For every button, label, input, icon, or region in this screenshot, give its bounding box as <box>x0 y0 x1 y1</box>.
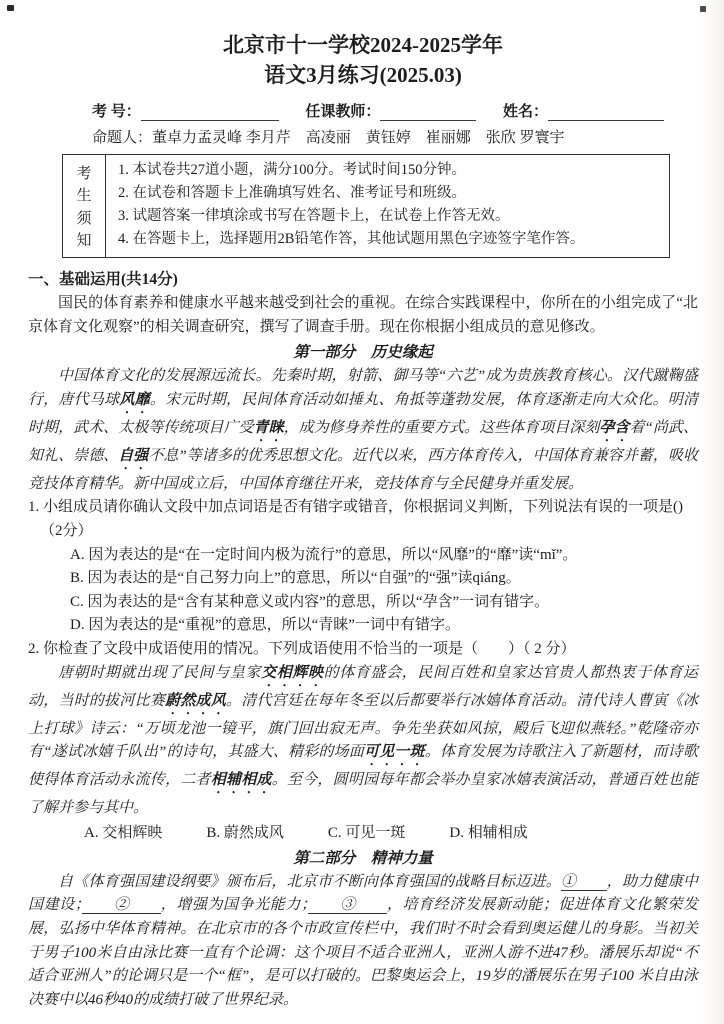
notice-item: 4. 在答题卡上，选择题用2B铅笔作答，其他试题用黑色字迹签字笔作答。 <box>118 228 659 251</box>
notice-items: 1. 本试卷共27道小题，满分100分。考试时间150分钟。 2. 在试卷和答题… <box>106 155 669 257</box>
exam-number-field: 考 号： <box>92 100 279 121</box>
student-info-row: 考 号： 任课教师： 姓名： <box>28 100 698 121</box>
part1-passage: 中国体育文化的发展源远流长。先秦时期，射箭、御马等“六艺”成为贵族教育核心。汉代… <box>28 365 698 496</box>
question2-options: A. 交相辉映 B. 蔚然成风 C. 可见一斑 D. 相辅相成 <box>28 821 698 845</box>
notice-item: 2. 在试卷和答题卡上准确填写姓名、准考证号和班级。 <box>118 182 659 205</box>
question2-option-b: B. 蔚然成风 <box>206 821 284 845</box>
notice-side-char: 生 <box>76 184 91 205</box>
question1-option-a: A. 因为表达的是“在一定时间内极为流行”的意思，所以“风靡”的“靡”读“mǐ”… <box>70 544 698 568</box>
question1-option-b: B. 因为表达的是“自己努力向上”的意思，所以“自强”的“强”读qiáng。 <box>70 567 698 591</box>
teacher-label: 任课教师： <box>305 104 380 120</box>
exam-number-label: 考 号： <box>92 104 141 120</box>
question2-option-a: A. 交相辉映 <box>84 821 162 845</box>
question1-option-d: D. 因为表达的是“重视”的意思，所以“青睐”一词中有错字。 <box>70 614 698 638</box>
candidate-notice-box: 考 生 须 知 1. 本试卷共27道小题，满分100分。考试时间150分钟。 2… <box>62 154 670 258</box>
exam-paper-page: 北京市十一学校2024-2025学年 语文3月练习(2025.03) 考 号： … <box>0 0 724 1024</box>
question1-options: A. 因为表达的是“在一定时间内极为流行”的意思，所以“风靡”的“靡”读“mǐ”… <box>28 544 698 638</box>
teacher-field: 任课教师： <box>305 100 476 121</box>
notice-side-label: 考 生 须 知 <box>63 155 106 257</box>
paper-title-line2: 语文3月练习(2025.03) <box>28 60 698 90</box>
question2-option-d: D. 相辅相成 <box>449 821 527 845</box>
name-label: 姓名： <box>503 104 548 120</box>
section1-intro: 国民的体育素养和健康水平越来越受到社会的重视。在综合实践课程中，你所在的小组完成… <box>28 292 698 339</box>
notice-side-char: 知 <box>76 229 91 250</box>
notice-side-char: 考 <box>76 162 91 183</box>
question1-option-c: C. 因为表达的是“含有某种意义或内容”的意思，所以“孕含”一词有错字。 <box>70 591 698 615</box>
question2-option-c: C. 可见一斑 <box>328 821 406 845</box>
question2-passage: 唐朝时期就出现了民间与皇家交相辉映的体育盛会，民间百姓和皇家达官贵人都热衷于体育… <box>28 662 698 821</box>
question2-stem: 2. 你检查了文段中成语使用的情况。下列成语使用不恰当的一项是（ ）（ 2 分） <box>28 638 698 662</box>
scan-artifact <box>7 5 14 11</box>
notice-item: 3. 试题答案一律填涂或书写在答题卡上，在试卷上作答无效。 <box>118 205 659 228</box>
notice-side-char: 须 <box>76 207 91 228</box>
setters-label: 命题人： <box>92 130 152 146</box>
question1-score: （2分） <box>28 520 698 544</box>
part2-passage: 自《体育强国建设纲要》颁布后，北京市不断向体育强国的战略目标迈进。① ，助力健康… <box>28 871 698 1013</box>
part1-heading: 第一部分 历史缘起 <box>28 340 698 365</box>
notice-item: 1. 本试卷共27道小题，满分100分。考试时间150分钟。 <box>118 159 659 182</box>
part2-heading: 第二部分 精神力量 <box>28 846 698 871</box>
setters-names: 董卓力孟灵峰 李月芹 高凌丽 黄钰婷 崔丽娜 张欣 罗寰宇 <box>152 130 565 146</box>
name-blank <box>548 105 664 121</box>
section1-heading: 一、基础运用(共14分) <box>28 267 698 292</box>
paper-title-line1: 北京市十一学校2024-2025学年 <box>28 30 698 60</box>
question1-stem: 1. 小组成员请你确认文段中加点词语是否有错字或错音，你根据词义判断，下列说法有… <box>28 496 698 520</box>
scan-artifact <box>700 6 706 12</box>
teacher-blank <box>380 105 476 121</box>
setters-line: 命题人：董卓力孟灵峰 李月芹 高凌丽 黄钰婷 崔丽娜 张欣 罗寰宇 <box>28 126 698 147</box>
name-field: 姓名： <box>503 100 664 121</box>
exam-number-blank <box>141 105 279 121</box>
